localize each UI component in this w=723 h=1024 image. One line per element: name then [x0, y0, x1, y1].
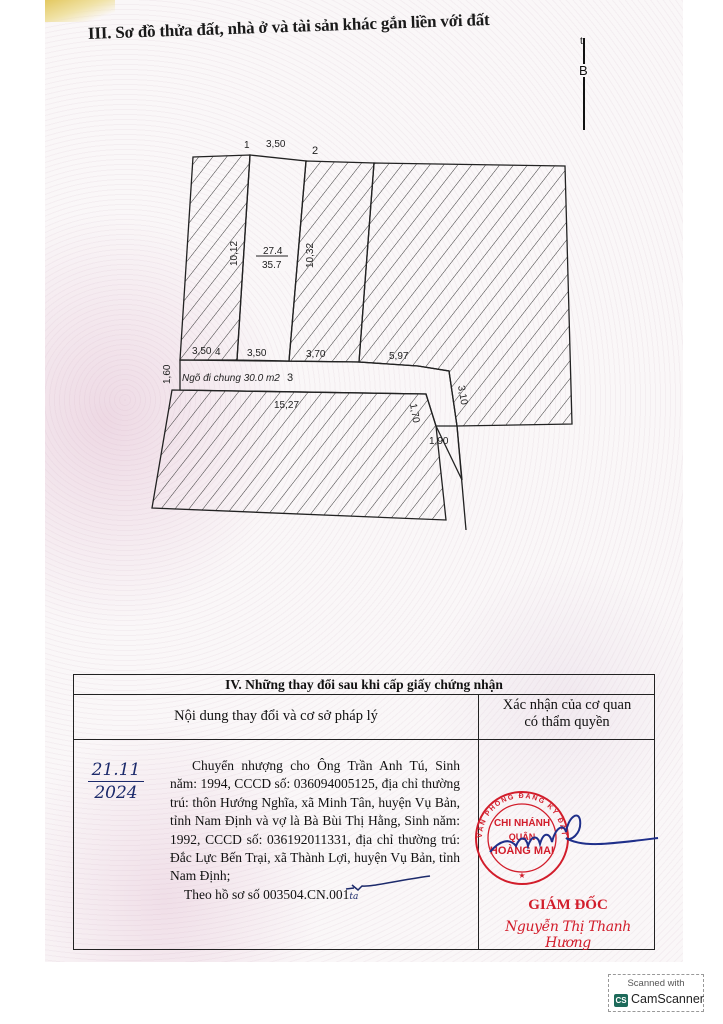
column-header-authority-line2: có thẩm quyền	[524, 714, 609, 730]
initial-scribble-icon	[344, 875, 434, 895]
dim-top-edge: 3,50	[266, 139, 286, 150]
camscanner-watermark: Scanned with CS CamScanner	[608, 974, 704, 1012]
area-denominator: 35.7	[262, 260, 282, 271]
column-header-content: Nội dung thay đổi và cơ sở pháp lý	[74, 694, 478, 739]
dim-bottom-mid: 3,70	[306, 349, 326, 360]
point-label-2: 2	[312, 145, 318, 157]
watermark-brand: CamScanner	[631, 992, 704, 1006]
signer-title: GIÁM ĐỐC	[482, 897, 654, 914]
signer-name: Nguyễn Thị Thanh Hương	[482, 919, 654, 951]
dim-lower-top: 15,27	[274, 400, 299, 411]
entry-date: 21.11 2024	[88, 759, 144, 804]
lane-label: Ngõ đi chung 30.0 m2	[182, 373, 280, 384]
entry-paragraph: Chuyển nhượng cho Ông Trần Anh Tú, Sinh …	[170, 757, 460, 886]
header-row-divider	[74, 739, 654, 740]
point-label-4: 4	[215, 347, 221, 358]
entry-date-day-month: 21.11	[88, 759, 144, 782]
dim-lower-gap: 1,90	[429, 436, 449, 447]
camscanner-logo-icon: CS	[614, 994, 628, 1007]
dim-lane-left: 1,60	[162, 364, 173, 384]
dim-bottom-left-a: 3,50	[192, 346, 212, 357]
stamp-line1: CHI NHÁNH	[494, 816, 550, 829]
stamp-star-icon: ★	[518, 871, 525, 880]
column-header-authority-line1: Xác nhận của cơ quan	[503, 697, 631, 713]
point-label-1: 1	[244, 140, 250, 151]
stamp-line3: HOÀNG MAI	[490, 844, 554, 857]
section-iv-title: IV. Những thay đổi sau khi cấp giấy chứn…	[74, 675, 654, 695]
entry-reference: Theo hồ sơ số 003504.CN.001	[184, 887, 349, 902]
entry-date-year: 2024	[94, 783, 137, 803]
svg-text:VĂN PHÒNG ĐĂNG KÝ ĐẤT ĐAI HÀ N: VĂN PHÒNG ĐĂNG KÝ ĐẤT ĐAI HÀ NỘI	[470, 790, 569, 838]
area-numerator: 27.4	[263, 246, 283, 257]
official-stamp: VĂN PHÒNG ĐĂNG KÝ ĐẤT ĐAI HÀ NỘI CHI NHÁ…	[470, 790, 660, 890]
dim-left-strip: 10,12	[229, 241, 240, 266]
watermark-caption: Scanned with	[609, 978, 703, 989]
plot-diagram: 1 3,50 2 10,12 10,32 27.4 35.7 3,50 4 3,…	[0, 0, 723, 560]
stamp-outer-text: VĂN PHÒNG ĐĂNG KÝ ĐẤT ĐAI HÀ NỘI	[470, 790, 569, 838]
dim-right-strip: 10,32	[305, 243, 316, 268]
column-header-authority: Xác nhận của cơ quan có thẩm quyền	[480, 697, 654, 739]
dim-bottom-left-b: 3,50	[247, 348, 267, 359]
dim-bottom-right: 5,97	[389, 351, 409, 362]
point-label-3: 3	[287, 372, 293, 384]
